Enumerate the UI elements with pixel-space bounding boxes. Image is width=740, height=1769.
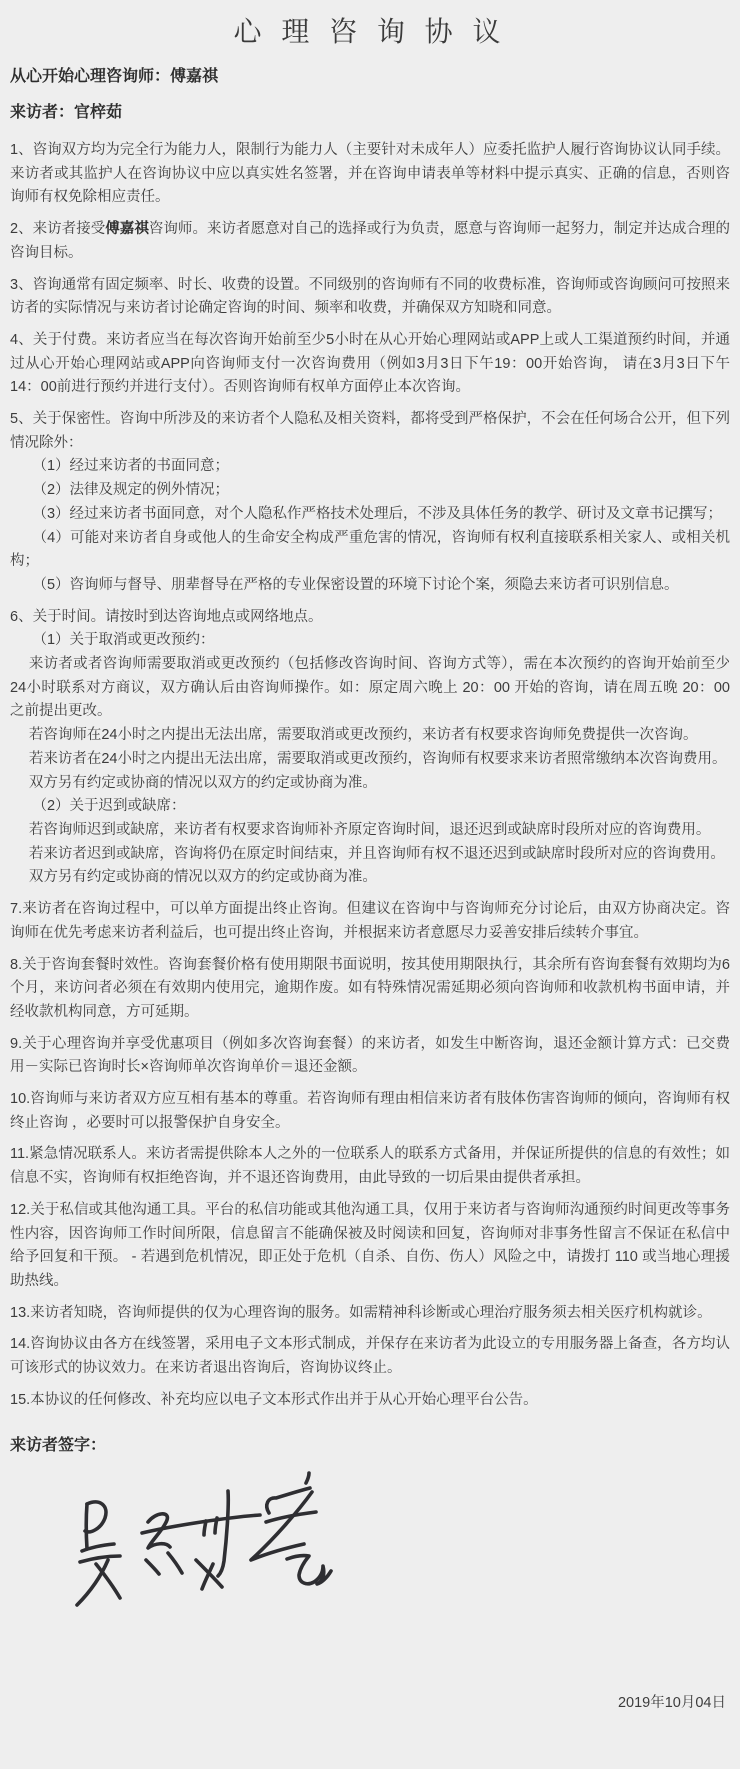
clause-text: （5）咨询师与督导、朋辈督导在严格的专业保密设置的环境下讨论个案，须隐去来访者可… <box>32 577 678 593</box>
page-title: 心 理 咨 询 协 议 <box>10 10 730 50</box>
visitor-line: 来访者：官梓茹 <box>10 99 730 122</box>
clause-line: 2、来访者接受傅嘉祺咨询师。来访者愿意对自己的选择或行为负责，愿意与咨询师一起努… <box>10 218 730 265</box>
clause: 8.关于咨询套餐时效性。咨询套餐价格有使用期限书面说明，按其使用期限执行，其余所… <box>10 954 730 1025</box>
clause-line: （2）关于迟到或缺席： <box>10 795 730 819</box>
clause-line: （2）法律及规定的例外情况； <box>10 479 730 503</box>
agreement-document: 心 理 咨 询 协 议 从心开始心理咨询师：傅嘉祺 来访者：官梓茹 1、咨询双方… <box>0 0 740 1769</box>
clause-line: 13.来访者知晓，咨询师提供的仅为心理咨询的服务。如需精神科诊断或心理治疗服务须… <box>10 1302 730 1326</box>
visitor-signature <box>56 1465 338 1633</box>
clause-text: （2）法律及规定的例外情况； <box>32 482 229 498</box>
clause-line: 双方另有约定或协商的情况以双方的约定或协商为准。 <box>10 866 730 890</box>
signature-label: 来访者签字： <box>10 1432 730 1455</box>
clause-text: 12.关于私信或其他沟通工具。平台的私信功能或其他沟通工具，仅用于来访者与咨询师… <box>10 1202 730 1289</box>
clause-line: 15.本协议的任何修改、补充均应以电子文本形式作出并于从心开始心理平台公告。 <box>10 1389 730 1413</box>
clause-line: 5、关于保密性。咨询中所涉及的来访者个人隐私及相关资料，都将受到严格保护，不会在… <box>10 408 730 455</box>
clause-line: 14.咨询协议由各方在线签署，采用电子文本形式制成，并保存在来访者为此设立的专用… <box>10 1333 730 1380</box>
clause-line: 若咨询师迟到或缺席，来访者有权要求咨询师补齐原定咨询时间，退还迟到或缺席时段所对… <box>10 819 730 843</box>
clause-text: 14.咨询协议由各方在线签署，采用电子文本形式制成，并保存在来访者为此设立的专用… <box>10 1336 730 1376</box>
clause-line: （1）经过来访者的书面同意； <box>10 455 730 479</box>
clause-line: （5）咨询师与督导、朋辈督导在严格的专业保密设置的环境下讨论个案，须隐去来访者可… <box>10 574 730 598</box>
clause-line: 4、关于付费。来访者应当在每次咨询开始前至少5小时在从心开始心理网站或APP上或… <box>10 329 730 400</box>
clause-text: （3）经过来访者书面同意，对个人隐私作严格技术处理后，不涉及具体任务的教学、研讨… <box>32 506 722 522</box>
clause-line: （3）经过来访者书面同意，对个人隐私作严格技术处理后，不涉及具体任务的教学、研讨… <box>10 503 730 527</box>
clause-text: 若来访者在24小时之内提出无法出席，需要取消或更改预约，咨询师有权要求来访者照常… <box>29 751 727 767</box>
clause-text: 4、关于付费。来访者应当在每次咨询开始前至少5小时在从心开始心理网站或APP上或… <box>10 332 730 395</box>
clause-text: 2、来访者接受 <box>10 221 105 237</box>
clause-text: （2）关于迟到或缺席： <box>32 798 185 814</box>
agreement-date: 2019年10月04日 <box>10 1691 730 1712</box>
clauses-list: 1、咨询双方均为完全行为能力人，限制行为能力人（主要针对未成年人）应委托监护人履… <box>10 139 730 1412</box>
clause-line: 10.咨询师与来访者双方应互相有基本的尊重。若咨询师有理由相信来访者有肢体伤害咨… <box>10 1088 730 1135</box>
clause-text: 1、咨询双方均为完全行为能力人，限制行为能力人（主要针对未成年人）应委托监护人履… <box>10 142 730 205</box>
clause-text: （1）经过来访者的书面同意； <box>32 458 229 474</box>
clause: 7.来访者在咨询过程中，可以单方面提出终止咨询。但建议在咨询中与咨询师充分讨论后… <box>10 898 730 945</box>
clause-text: 13.来访者知晓，咨询师提供的仅为心理咨询的服务。如需精神科诊断或心理治疗服务须… <box>10 1305 712 1321</box>
clause: 2、来访者接受傅嘉祺咨询师。来访者愿意对自己的选择或行为负责，愿意与咨询师一起努… <box>10 218 730 265</box>
clause-line: 双方另有约定或协商的情况以双方的约定或协商为准。 <box>10 772 730 796</box>
clause-text: 若咨询师在24小时之内提出无法出席，需要取消或更改预约，来访者有权要求咨询师免费… <box>29 727 698 743</box>
clause: 15.本协议的任何修改、补充均应以电子文本形式作出并于从心开始心理平台公告。 <box>10 1389 730 1413</box>
clause: 9.关于心理咨询并享受优惠项目（例如多次咨询套餐）的来访者，如发生中断咨询，退还… <box>10 1033 730 1080</box>
clause-text: 若咨询师迟到或缺席，来访者有权要求咨询师补齐原定咨询时间，退还迟到或缺席时段所对… <box>29 822 711 838</box>
clause-line: 6、关于时间。请按时到达咨询地点或网络地点。 <box>10 606 730 630</box>
clause-text: 双方另有约定或协商的情况以双方的约定或协商为准。 <box>29 869 377 885</box>
clause-line: 12.关于私信或其他沟通工具。平台的私信功能或其他沟通工具，仅用于来访者与咨询师… <box>10 1199 730 1294</box>
visitor-signature-ink <box>56 1465 338 1633</box>
clause: 11.紧急情况联系人。来访者需提供除本人之外的一位联系人的联系方式备用，并保证所… <box>10 1143 730 1190</box>
clause-text: 8.关于咨询套餐时效性。咨询套餐价格有使用期限书面说明，按其使用期限执行，其余所… <box>10 957 730 1020</box>
clause-text: 6、关于时间。请按时到达咨询地点或网络地点。 <box>10 609 323 625</box>
clause-text: （4）可能对来访者自身或他人的生命安全构成严重危害的情况，咨询师有权利直接联系相… <box>10 530 730 570</box>
clause-text: （1）关于取消或更改预约： <box>32 632 214 648</box>
clause-line: （1）关于取消或更改预约： <box>10 629 730 653</box>
clause-line: （4）可能对来访者自身或他人的生命安全构成严重危害的情况，咨询师有权利直接联系相… <box>10 527 730 574</box>
clause-text: 双方另有约定或协商的情况以双方的约定或协商为准。 <box>29 775 377 791</box>
clause-line: 若咨询师在24小时之内提出无法出席，需要取消或更改预约，来访者有权要求咨询师免费… <box>10 724 730 748</box>
clause-line: 8.关于咨询套餐时效性。咨询套餐价格有使用期限书面说明，按其使用期限执行，其余所… <box>10 954 730 1025</box>
clause: 6、关于时间。请按时到达咨询地点或网络地点。（1）关于取消或更改预约：来访者或者… <box>10 606 730 890</box>
clause: 10.咨询师与来访者双方应互相有基本的尊重。若咨询师有理由相信来访者有肢体伤害咨… <box>10 1088 730 1135</box>
clause: 14.咨询协议由各方在线签署，采用电子文本形式制成，并保存在来访者为此设立的专用… <box>10 1333 730 1380</box>
clause-text: 10.咨询师与来访者双方应互相有基本的尊重。若咨询师有理由相信来访者有肢体伤害咨… <box>10 1091 730 1131</box>
clause-text: 7.来访者在咨询过程中，可以单方面提出终止咨询。但建议在咨询中与咨询师充分讨论后… <box>10 901 730 941</box>
clause: 4、关于付费。来访者应当在每次咨询开始前至少5小时在从心开始心理网站或APP上或… <box>10 329 730 400</box>
clause-line: 3、咨询通常有固定频率、时长、收费的设置。不同级别的咨询师有不同的收费标准，咨询… <box>10 274 730 321</box>
clause-text: 若来访者迟到或缺席，咨询将仍在原定时间结束，并且咨询师有权不退还迟到或缺席时段所… <box>29 846 725 862</box>
clause-line: 11.紧急情况联系人。来访者需提供除本人之外的一位联系人的联系方式备用，并保证所… <box>10 1143 730 1190</box>
clause-text: 来访者或者咨询师需要取消或更改预约（包括修改咨询时间、咨询方式等），需在本次预约… <box>10 656 730 719</box>
clause-line: 若来访者迟到或缺席，咨询将仍在原定时间结束，并且咨询师有权不退还迟到或缺席时段所… <box>10 843 730 867</box>
counselor-line: 从心开始心理咨询师：傅嘉祺 <box>10 63 730 86</box>
clause: 3、咨询通常有固定频率、时长、收费的设置。不同级别的咨询师有不同的收费标准，咨询… <box>10 274 730 321</box>
clause: 1、咨询双方均为完全行为能力人，限制行为能力人（主要针对未成年人）应委托监护人履… <box>10 139 730 210</box>
counselor-name-emphasis: 傅嘉祺 <box>105 221 149 237</box>
clause: 5、关于保密性。咨询中所涉及的来访者个人隐私及相关资料，都将受到严格保护，不会在… <box>10 408 730 598</box>
clause-line: 9.关于心理咨询并享受优惠项目（例如多次咨询套餐）的来访者，如发生中断咨询，退还… <box>10 1033 730 1080</box>
clause-text: 9.关于心理咨询并享受优惠项目（例如多次咨询套餐）的来访者，如发生中断咨询，退还… <box>10 1036 730 1076</box>
clause: 13.来访者知晓，咨询师提供的仅为心理咨询的服务。如需精神科诊断或心理治疗服务须… <box>10 1302 730 1326</box>
clause-line: 1、咨询双方均为完全行为能力人，限制行为能力人（主要针对未成年人）应委托监护人履… <box>10 139 730 210</box>
clause-line: 来访者或者咨询师需要取消或更改预约（包括修改咨询时间、咨询方式等），需在本次预约… <box>10 653 730 724</box>
clause-text: 11.紧急情况联系人。来访者需提供除本人之外的一位联系人的联系方式备用，并保证所… <box>10 1146 730 1186</box>
clause-line: 7.来访者在咨询过程中，可以单方面提出终止咨询。但建议在咨询中与咨询师充分讨论后… <box>10 898 730 945</box>
clause-text: 3、咨询通常有固定频率、时长、收费的设置。不同级别的咨询师有不同的收费标准，咨询… <box>10 277 730 317</box>
clause-text: 15.本协议的任何修改、补充均应以电子文本形式作出并于从心开始心理平台公告。 <box>10 1392 538 1408</box>
clause-line: 若来访者在24小时之内提出无法出席，需要取消或更改预约，咨询师有权要求来访者照常… <box>10 748 730 772</box>
clause: 12.关于私信或其他沟通工具。平台的私信功能或其他沟通工具，仅用于来访者与咨询师… <box>10 1199 730 1294</box>
clause-text: 5、关于保密性。咨询中所涉及的来访者个人隐私及相关资料，都将受到严格保护，不会在… <box>10 411 730 451</box>
